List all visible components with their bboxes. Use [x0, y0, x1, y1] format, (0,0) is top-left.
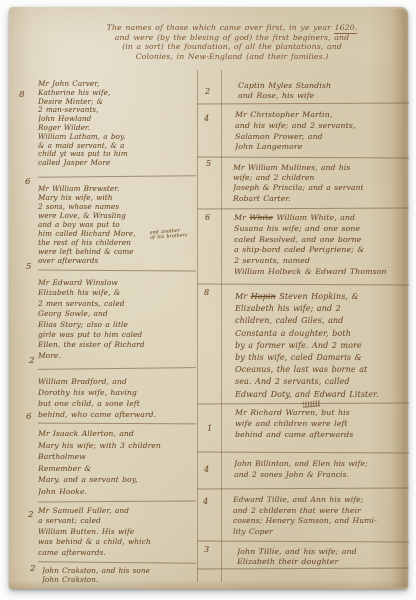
entry-brewster: Mr William Brewster. Mary his wife, with… [38, 184, 198, 265]
entry-text: Mr Richard Warren, but his wife and chil… [235, 407, 409, 440]
entry-winslow: Mr Edward Winslow Elizabeth his wife, & … [38, 278, 198, 361]
household-count: 4 [204, 114, 209, 123]
entry-mullins: Mr William Mullines, and his wife; and 2… [233, 163, 407, 204]
entry-text: John Tillie, and his wife; and Elizabeth… [237, 547, 409, 566]
entry-divider-line [38, 269, 196, 271]
entry-divider-line [197, 156, 409, 158]
household-count: 2 [205, 87, 210, 96]
header-line4: Colonies, in New-England (and their fami… [136, 52, 329, 61]
entry-text: William Bradford, and Dorothy his wife, … [38, 376, 200, 420]
entry-divider-line [197, 451, 409, 453]
entry-bradford: William Bradford, and Dorothy his wife, … [38, 376, 200, 420]
entry-white: Mr White William White, and Susana his w… [234, 213, 410, 278]
crossed-out-word: Hopin [251, 292, 276, 301]
entry-martin: Mr Christopher Martin, and his wife; and… [235, 110, 407, 153]
entry-divider-line [38, 561, 196, 563]
household-count: 4 [204, 465, 209, 474]
household-count: 6 [205, 213, 210, 222]
household-count: 3 [204, 545, 209, 554]
household-count: 5 [26, 262, 31, 272]
household-count: 8 [19, 90, 24, 100]
entry-text: Mr William Brewster. Mary his wife, with… [38, 184, 198, 265]
household-count: 1 [207, 424, 212, 433]
entry-tillie-john: John Tillie, and his wife; and Elizabeth… [237, 547, 409, 566]
entry-first-line: Mr White William White, and [234, 213, 410, 224]
entry-crakston: John Crakston, and his sone John Craksto… [42, 566, 202, 584]
entry-divider-line [197, 487, 409, 489]
header-line3: (in a sort) the foundation, of all the p… [122, 42, 342, 51]
entry-text: Edward Tillie, and Ann his wife; and 2 c… [233, 495, 410, 537]
household-count: 6 [26, 412, 31, 422]
entry-text: Mr John Carver, Katherine his wife, Desi… [38, 80, 198, 168]
entry-tillie-edward: Edward Tillie, and Ann his wife; and 2 c… [233, 495, 410, 537]
entry-allerton: Mr Isaack Allerton, and Mary his wife; w… [38, 428, 200, 498]
entry-first-line: Mr Hopin Steven Hopkins, & [235, 291, 411, 303]
household-count: 4 [203, 497, 208, 506]
manuscript-page: The names of those which came over first… [9, 7, 408, 589]
household-count: 5 [206, 159, 211, 168]
household-count: 6 [25, 177, 30, 187]
entry-text: John Billinton, and Elen his wife; and 2… [234, 459, 410, 480]
entry-text: Mr Christopher Martin, and his wife; and… [235, 110, 407, 153]
entry-divider-line [197, 102, 409, 104]
entry-text: Elizabeth his wife; and 2 children, cale… [235, 303, 411, 401]
entry-divider-line [197, 567, 409, 569]
gutter-rule-right [221, 70, 222, 582]
entry-divider-line [38, 175, 196, 177]
header-line2: and were (by the blesing of god) the fir… [115, 33, 349, 42]
entry-divider-line [38, 500, 196, 502]
household-count: 2 [28, 510, 33, 520]
entry-text: Captin Myles Standish and Rose, his wife [238, 81, 406, 100]
entry-text: Mr Isaack Allerton, and Mary his wife; w… [38, 428, 200, 498]
entry-billinton: John Billinton, and Elen his wife; and 2… [234, 459, 410, 480]
page-header: The names of those which came over first… [92, 23, 372, 61]
entry-divider-line [38, 423, 196, 425]
entry-divider-line [197, 283, 409, 285]
entry-divider-line [197, 540, 409, 542]
entry-divider-line [197, 207, 409, 209]
entry-fuller: Mr Samuell Fuller, and a servant; caled … [38, 506, 200, 558]
manuscript-scan: The names of those which came over first… [0, 0, 416, 600]
entry-text: Mr William Mullines, and his wife; and 2… [233, 163, 407, 204]
entry-hopkins: Mr Hopin Steven Hopkins, & Elizabeth his… [235, 291, 411, 401]
entry-carver: Mr John Carver, Katherine his wife, Desi… [38, 80, 198, 168]
entry-divider-line [38, 367, 196, 370]
entry-warren: Mr Richard Warren, but his wife and chil… [235, 407, 409, 440]
entry-text: John Crakston, and his sone John Craksto… [42, 566, 202, 584]
crossed-out-word: White [249, 213, 273, 222]
household-count: 8 [204, 288, 209, 297]
household-count: 2 [30, 564, 35, 574]
entry-standish: Captin Myles Standish and Rose, his wife [238, 81, 406, 100]
household-count: 2 [29, 356, 34, 366]
entry-text: Susana his wife; and one sone caled Reso… [234, 224, 410, 278]
entry-text: Mr Edward Winslow Elizabeth his wife, & … [38, 278, 198, 361]
entry-text: Mr Samuell Fuller, and a servant; caled … [38, 506, 200, 558]
